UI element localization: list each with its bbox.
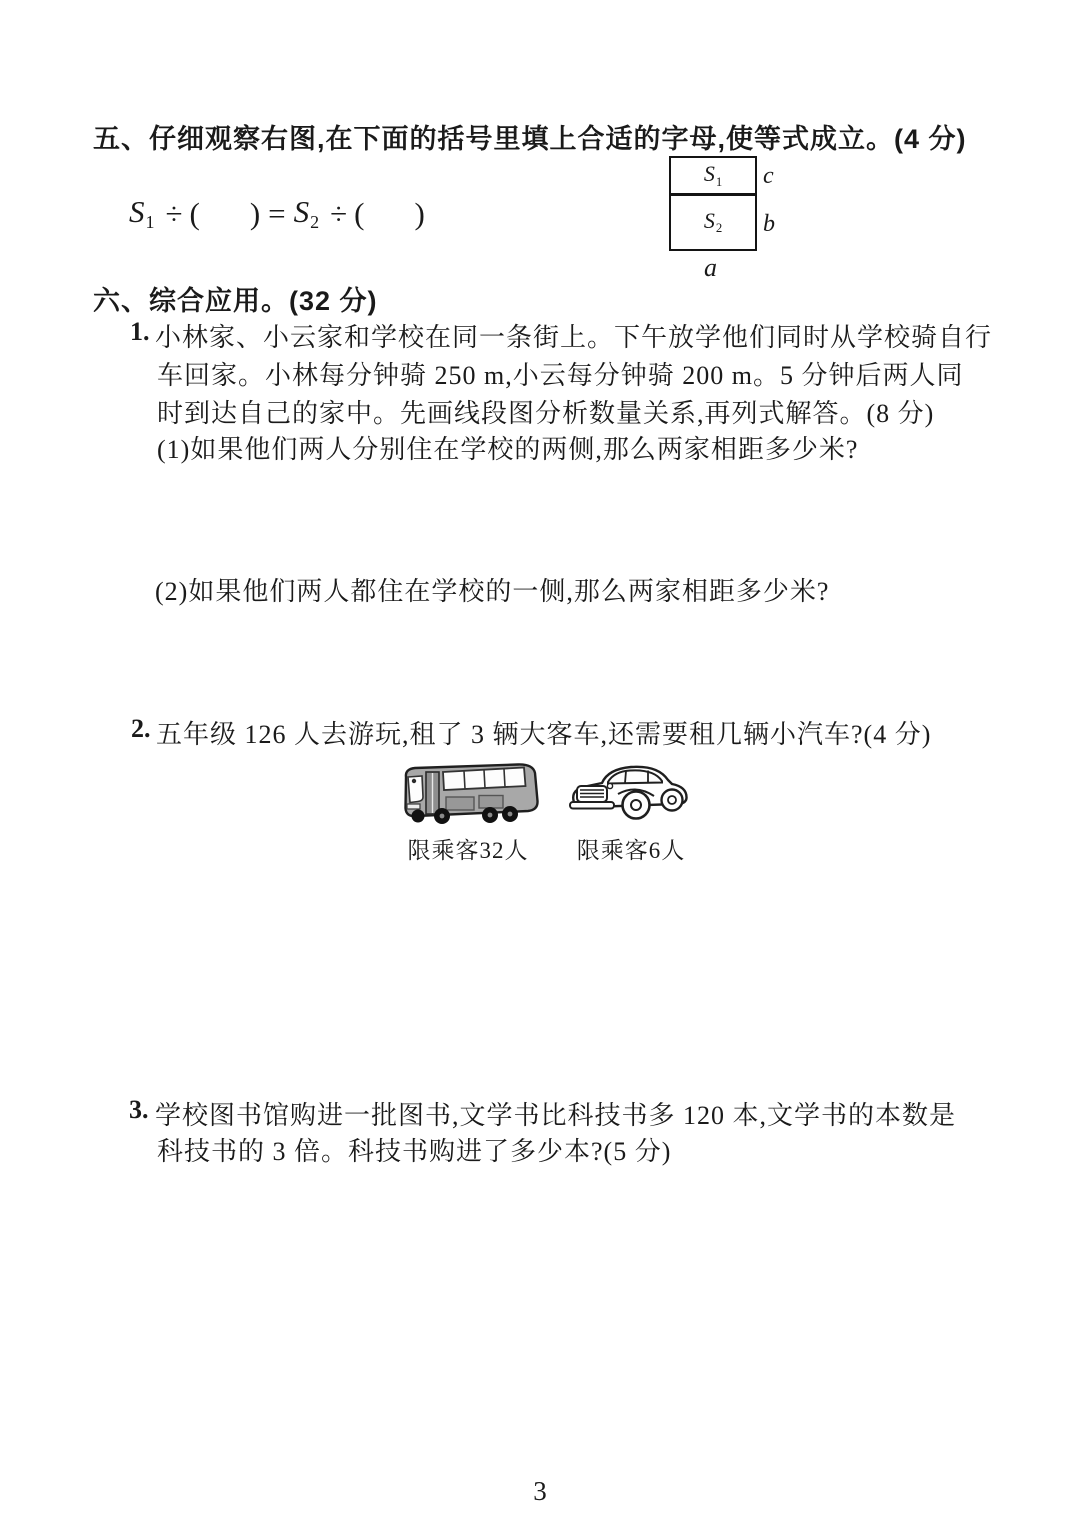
car-icon bbox=[566, 758, 696, 824]
open-paren-2: ( bbox=[354, 196, 364, 232]
divide-sign-1: ÷ bbox=[165, 196, 182, 232]
diagram-s1-label: S1 bbox=[704, 161, 722, 189]
problem1-subquestion2: (2)如果他们两人都住在学校的一侧,那么两家相距多少米? bbox=[155, 571, 829, 608]
problem1-line1: 小林家、小云家和学校在同一条街上。下午放学他们同时从学校骑自行 bbox=[155, 317, 992, 354]
problem3-number: 3. bbox=[129, 1095, 149, 1125]
diagram-region-s2: S2 bbox=[671, 196, 755, 248]
bus-capacity-caption: 限乘客32人 bbox=[394, 832, 542, 865]
exam-page: 五、仔细观察右图,在下面的括号里填上合适的字母,使等式成立。(4 分) S1 ÷… bbox=[0, 0, 1080, 1527]
problem2-line1: 五年级 126 人去游玩,租了 3 辆大客车,还需要租几辆小汽车?(4 分) bbox=[156, 714, 931, 751]
close-paren-2: ) bbox=[414, 196, 424, 232]
car-capacity-caption: 限乘客6人 bbox=[566, 832, 696, 865]
formula-s2-base: S bbox=[294, 194, 310, 229]
diagram-side-label-b: b bbox=[763, 211, 775, 238]
problem1-number: 1. bbox=[130, 317, 150, 347]
bus-figure: 限乘客32人 bbox=[394, 760, 542, 865]
section5-title: 五、仔细观察右图,在下面的括号里填上合适的字母,使等式成立。(4 分) bbox=[93, 117, 967, 156]
formula-s1-base: S bbox=[129, 194, 145, 229]
car-figure: 限乘客6人 bbox=[566, 758, 696, 865]
diagram-s2-label: S2 bbox=[704, 208, 722, 236]
rectangle-area-diagram: S1 S2 c b a bbox=[669, 156, 799, 276]
section6-title: 六、综合应用。(32 分) bbox=[93, 279, 378, 318]
formula-s1-subscript: 1 bbox=[146, 212, 155, 232]
formula-s1: S1 bbox=[129, 194, 154, 233]
equals-sign: = bbox=[268, 196, 285, 232]
close-paren-1: ) bbox=[250, 196, 260, 232]
problem3-line2: 科技书的 3 倍。科技书购进了多少本?(5 分) bbox=[157, 1131, 671, 1168]
section5-formula: S1 ÷ ( ) = S2 ÷ ( ) bbox=[129, 194, 425, 233]
open-paren-1: ( bbox=[190, 196, 200, 232]
diagram-region-s1: S1 bbox=[671, 158, 755, 196]
problem1-line2: 车回家。小林每分钟骑 250 m,小云每分钟骑 200 m。5 分钟后两人同 bbox=[157, 355, 963, 392]
problem1-line3: 时到达自己的家中。先画线段图分析数量关系,再列式解答。(8 分) bbox=[157, 393, 934, 430]
page-number: 3 bbox=[0, 1476, 1080, 1507]
diagram-side-label-c: c bbox=[763, 163, 774, 190]
problem1-subquestion1: (1)如果他们两人分别住在学校的两侧,那么两家相距多少米? bbox=[157, 429, 858, 466]
formula-s2-subscript: 2 bbox=[310, 212, 319, 232]
diagram-rectangle: S1 S2 bbox=[669, 156, 757, 251]
formula-s2: S2 bbox=[294, 194, 319, 233]
problem2-number: 2. bbox=[131, 714, 151, 744]
answer-blank-2 bbox=[364, 213, 414, 214]
answer-blank-1 bbox=[200, 213, 250, 214]
divide-sign-2: ÷ bbox=[330, 196, 347, 232]
diagram-base-label-a: a bbox=[704, 253, 717, 283]
problem3-line1: 学校图书馆购进一批图书,文学书比科技书多 120 本,文学书的本数是 bbox=[155, 1095, 956, 1132]
bus-icon bbox=[394, 760, 542, 824]
